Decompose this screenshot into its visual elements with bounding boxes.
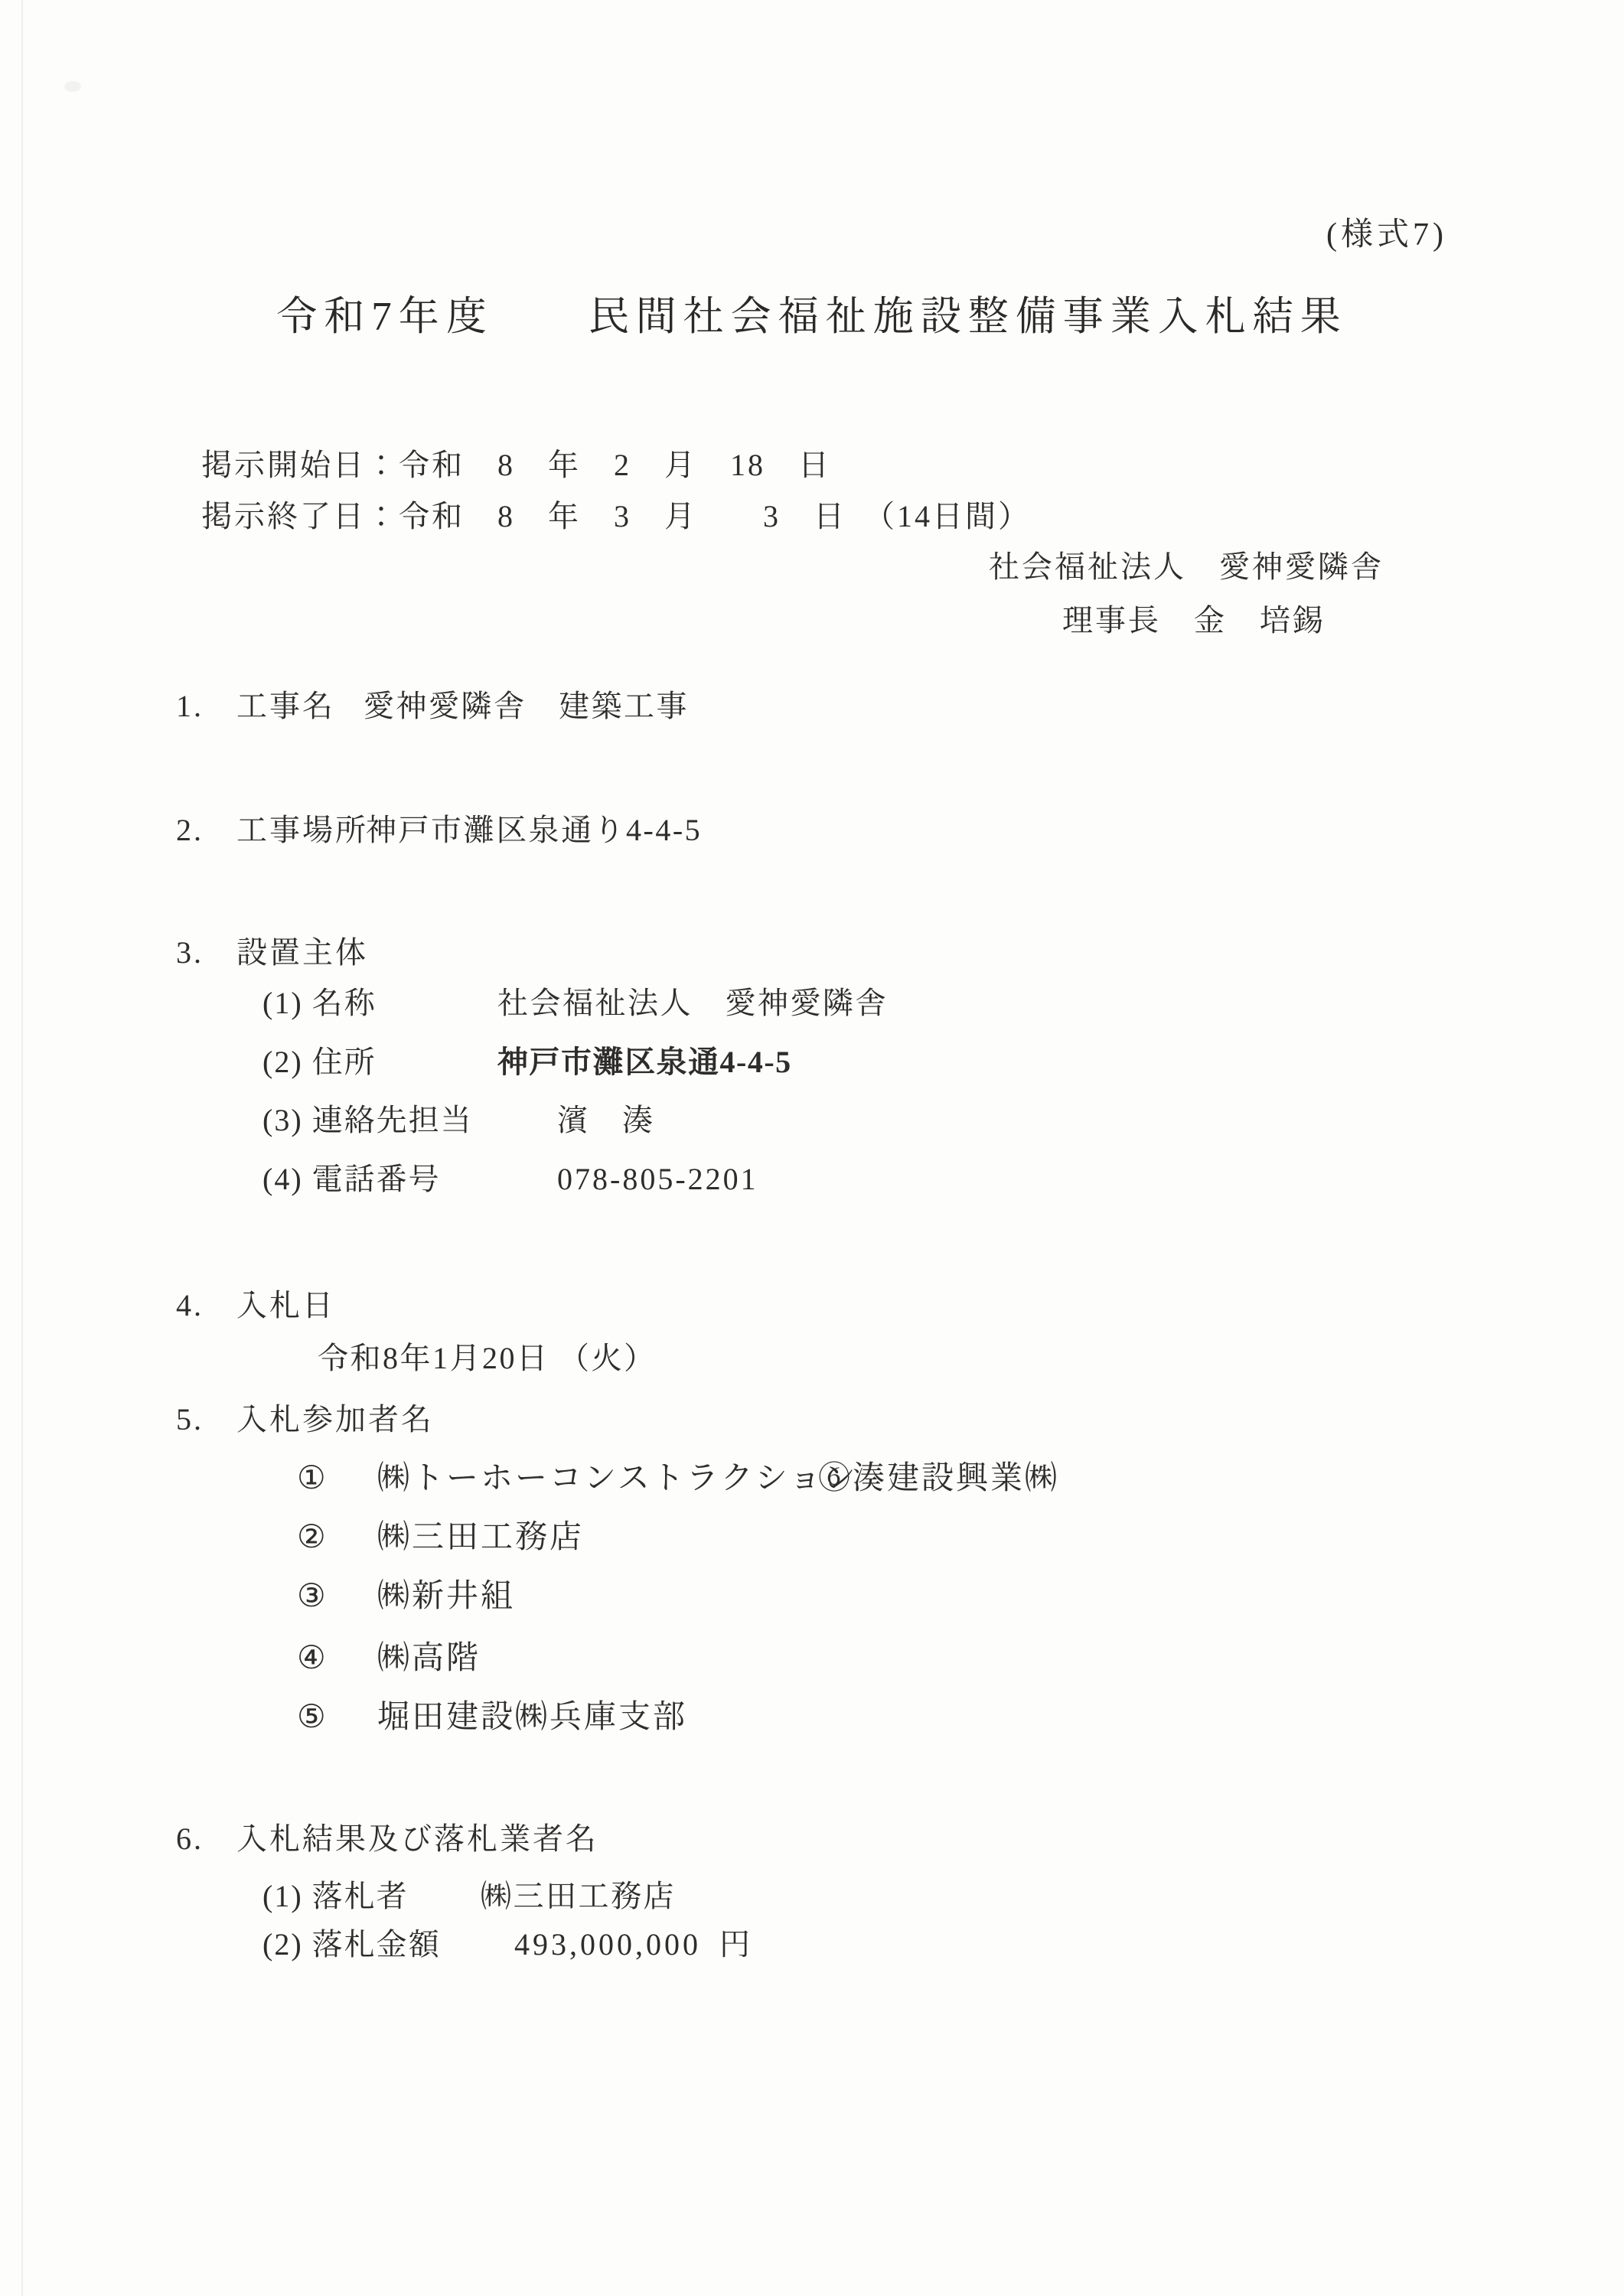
entity-name-value: 社会福祉法人 愛神愛隣舎 [497,986,888,1021]
form-label: (様式7) [1326,217,1447,253]
section-4-label: 入札日 [236,1288,335,1322]
entity-phone-label-text: 電話番号 [312,1162,441,1196]
entity-contact-label-text: 連絡先担当 [312,1103,473,1137]
section-6-label: 入札結果及び落札業者名 [236,1821,598,1856]
bidder-6-name: ⑥湊建設興業㈱ [818,1460,1059,1497]
section-1-value: 愛神愛隣舎 建築工事 [364,689,689,724]
entity-phone-label: (4) 電話番号 [263,1162,441,1197]
winning-amount-label-text: 落札金額 [312,1927,441,1962]
bidder-4-number: ④ [297,1640,328,1677]
section-3-number: 3. [176,935,236,970]
section-4-number: 4. [176,1288,236,1322]
posting-start-date: 掲示開始日：令和 8 年 2 月 18 日 [201,448,831,483]
section-1-number: 1. [176,689,236,723]
bidder-2-name: ㈱三田工務店 [377,1519,584,1556]
bidder-5-name: 堀田建設㈱兵庫支部 [377,1699,687,1736]
section-6-number: 6. [176,1821,236,1856]
section-2-number: 2. [176,813,236,847]
bidder-3-number: ③ [297,1578,328,1615]
document-page: (様式7) 令和7年度 民間社会福祉施設整備事業入札結果 掲示開始日：令和 8 … [0,0,1624,2296]
section-2-value: 神戸市灘区泉通り4-4-5 [366,813,702,848]
bidder-2-number: ② [297,1519,328,1556]
bidder-3-name: ㈱新井組 [377,1578,515,1615]
entity-contact-value: 濱 湊 [557,1103,655,1138]
bidder-1-number: ① [297,1460,328,1497]
section-3-label: 設置主体 [236,935,368,970]
posting-end-date: 掲示終了日：令和 8 年 3 月 3 日 （14日間） [201,499,1031,534]
scan-edge-artifact [21,0,23,2296]
entity-contact-number: (3) [263,1103,312,1137]
issuer-representative: 理事長 金 培錫 [1062,603,1326,638]
section-2-label: 工事場所 [236,813,368,847]
winning-amount-number: (2) [263,1927,312,1962]
winner-label-text: 落札者 [312,1879,409,1913]
winning-amount-label: (2) 落札金額 [263,1927,441,1962]
winning-amount-value: 493,000,000 [514,1927,701,1962]
entity-contact-label: (3) 連絡先担当 [263,1103,473,1138]
entity-address-label: (2) 住所 [263,1045,377,1080]
scan-smudge-artifact [64,81,81,92]
section-4-heading: 4. 入札日 [176,1288,335,1323]
entity-name-label: (1) 名称 [263,986,377,1021]
bidder-5-number: ⑤ [297,1699,328,1736]
section-2-heading: 2. 工事場所 [176,813,368,848]
entity-phone-number: (4) [263,1162,312,1196]
winner-value: ㈱三田工務店 [481,1879,676,1914]
entity-address-label-text: 住所 [312,1045,377,1079]
bidder-4-name: ㈱高階 [377,1640,481,1677]
entity-name-number: (1) [263,986,312,1020]
page-title: 令和7年度 民間社会福祉施設整備事業入札結果 [0,294,1624,341]
bidder-1-name: ㈱トーホーコンストラクション [377,1460,858,1497]
section-5-number: 5. [176,1402,236,1437]
entity-address-value: 神戸市灘区泉通4-4-5 [497,1045,792,1080]
section-5-label: 入札参加者名 [236,1402,434,1437]
section-6-heading: 6. 入札結果及び落札業者名 [176,1821,598,1857]
entity-phone-value: 078-805-2201 [557,1162,758,1197]
section-3-heading: 3. 設置主体 [176,935,368,970]
section-5-heading: 5. 入札参加者名 [176,1402,434,1437]
bid-date-value: 令和8年1月20日 （火） [318,1341,657,1376]
entity-address-number: (2) [263,1045,312,1079]
winning-amount-unit: 円 [719,1927,752,1962]
section-1-label: 工事名 [236,689,335,723]
winner-number: (1) [263,1879,312,1913]
winner-label: (1) 落札者 [263,1879,409,1914]
entity-name-label-text: 名称 [312,986,377,1020]
section-1-heading: 1. 工事名 [176,689,335,724]
issuer-organization: 社会福祉法人 愛神愛隣舎 [989,550,1384,585]
